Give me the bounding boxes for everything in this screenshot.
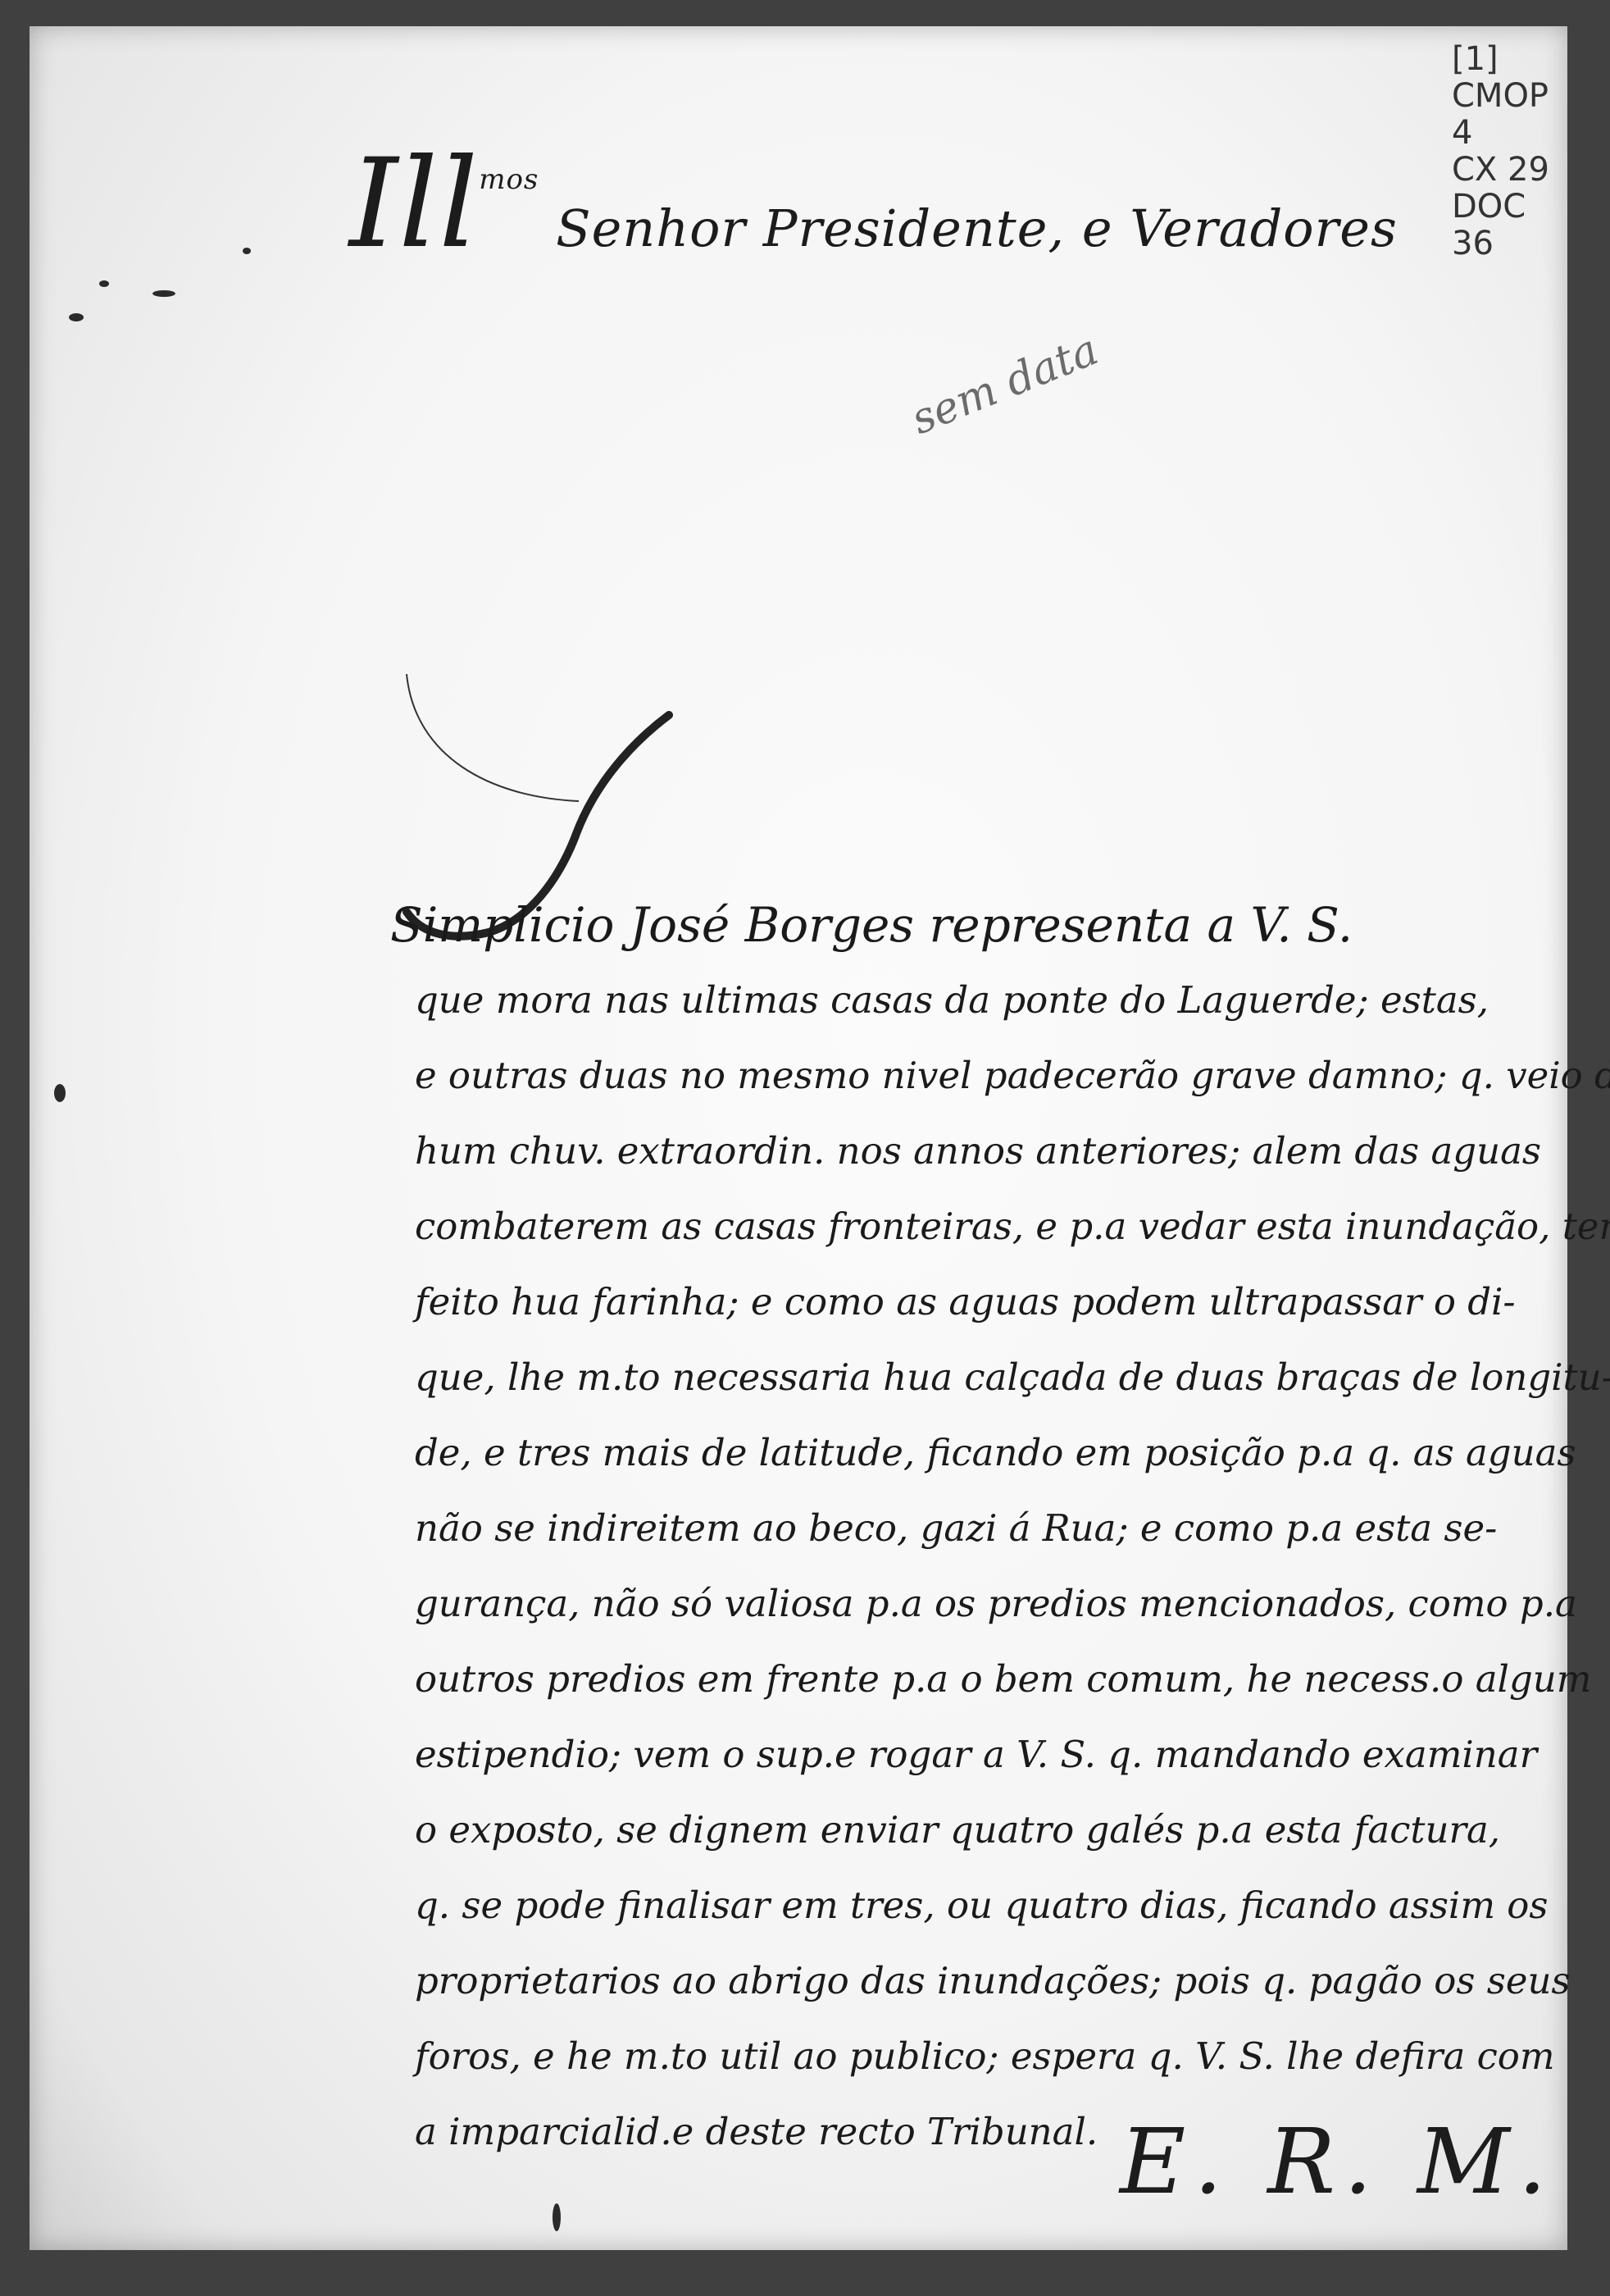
ink-spot [99,280,109,287]
body-line: q. se pode finalisar em tres, ou quatro … [415,1868,1610,1943]
body-line: de, e tres mais de latitude, ficando em … [415,1415,1610,1491]
scan-background: [1] CMOP 4 CX 29 DOC 36 Illmos Senhor Pr… [0,0,1610,2296]
salutation-superscript: mos [479,163,539,196]
pencil-annotation: sem data [905,326,1106,444]
body-line: Simplicio José Borges representa a V. S. [390,887,1610,963]
manuscript-page: [1] CMOP 4 CX 29 DOC 36 Illmos Senhor Pr… [30,26,1567,2250]
archive-ref-line: CMOP 4 [1452,78,1567,152]
ink-spot [553,2203,561,2231]
body-line: estipendio; vem o sup.e rogar a V. S. q.… [415,1717,1610,1793]
archive-ref-line: DOC 36 [1452,189,1567,262]
body-line: que mora nas ultimas casas da ponte do L… [415,963,1610,1038]
ink-spot [243,248,251,254]
body-line: foros, e he m.to util ao publico; espera… [415,2019,1610,2094]
archive-reference: [1] CMOP 4 CX 29 DOC 36 [1452,41,1567,262]
body-line: gurança, não só valiosa p.a os predios m… [415,1566,1610,1642]
salutation: Illmos Senhor Presidente, e Veradores [349,133,1398,276]
salutation-text: Senhor Presidente, e Veradores [556,198,1398,258]
body-line: feito hua farinha; e como as aguas podem… [415,1264,1610,1340]
body-line: hum chuv. extraordin. nos annos anterior… [415,1114,1610,1189]
closing-formula: E. R. M. [1120,2109,1555,2214]
archive-ref-line: CX 29 [1452,152,1567,189]
salutation-initial: Ill [349,133,479,276]
body-line: não se indireitem ao beco, gazi á Rua; e… [415,1491,1610,1566]
body-line: proprietarios ao abrigo das inundações; … [415,1943,1610,2019]
body-line: combaterem as casas fronteiras, e p.a ve… [415,1189,1610,1264]
body-line: outros predios em frente p.a o bem comum… [415,1642,1610,1717]
body-line: que, lhe m.to necessaria hua calçada de … [415,1340,1610,1415]
petition-body: Simplicio José Borges representa a V. S.… [415,887,1610,2170]
ink-spot [152,290,175,297]
ink-spot [69,313,84,321]
archive-ref-line: [1] [1452,41,1567,78]
body-line: o exposto, se dignem enviar quatro galés… [415,1793,1610,1868]
body-line: e outras duas no mesmo nivel padecerão g… [415,1038,1610,1114]
ink-spot [54,1084,66,1102]
